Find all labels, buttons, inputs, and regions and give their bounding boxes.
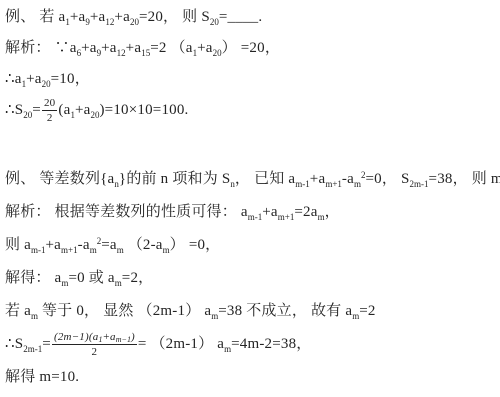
example2-step-line-3: 若 am 等于 0， 显然 （2m-1） am=38 不成立， 故有 am=2: [5, 295, 496, 328]
example1-step-line: ∴a1+a20=10，: [5, 64, 496, 95]
math-document: 例、 若 a1+a9+a12+a20=20， 则 S20=____. 解析： ∵…: [0, 0, 500, 394]
example2-analysis-line: 解析： 根据等差数列的性质可得： am-1+am+1=2am，: [5, 196, 496, 229]
example1-result-line: ∴S20=202(a1+a20)=10×10=100.: [5, 95, 496, 126]
fraction: 202: [42, 97, 57, 124]
example1-problem-line: 例、 若 a1+a9+a12+a20=20， 则 S20=____.: [5, 2, 496, 33]
example1-analysis-line: 解析： ∵a6+a9+a12+a15=2 （a1+a20） =20，: [5, 33, 496, 64]
fraction: (2m−1)(a1+am−1)2: [52, 331, 137, 358]
example2-step-line-2: 解得： am=0 或 am=2，: [5, 262, 496, 295]
example-block-1: 例、 若 a1+a9+a12+a20=20， 则 S20=____. 解析： ∵…: [5, 2, 496, 126]
example2-problem-line: 例、 等差数列{an}的前 n 项和为 Sn， 已知 am-1+am+1-am2…: [5, 163, 496, 196]
example2-result-line: 解得 m=10.: [5, 361, 496, 394]
example2-step-line-4: ∴S2m-1=(2m−1)(a1+am−1)2= （2m-1） am=4m-2=…: [5, 328, 496, 361]
example2-step-line-1: 则 am-1+am+1-am2=am （2-am） =0，: [5, 229, 496, 262]
example-block-2: 例、 等差数列{an}的前 n 项和为 Sn， 已知 am-1+am+1-am2…: [5, 163, 496, 394]
